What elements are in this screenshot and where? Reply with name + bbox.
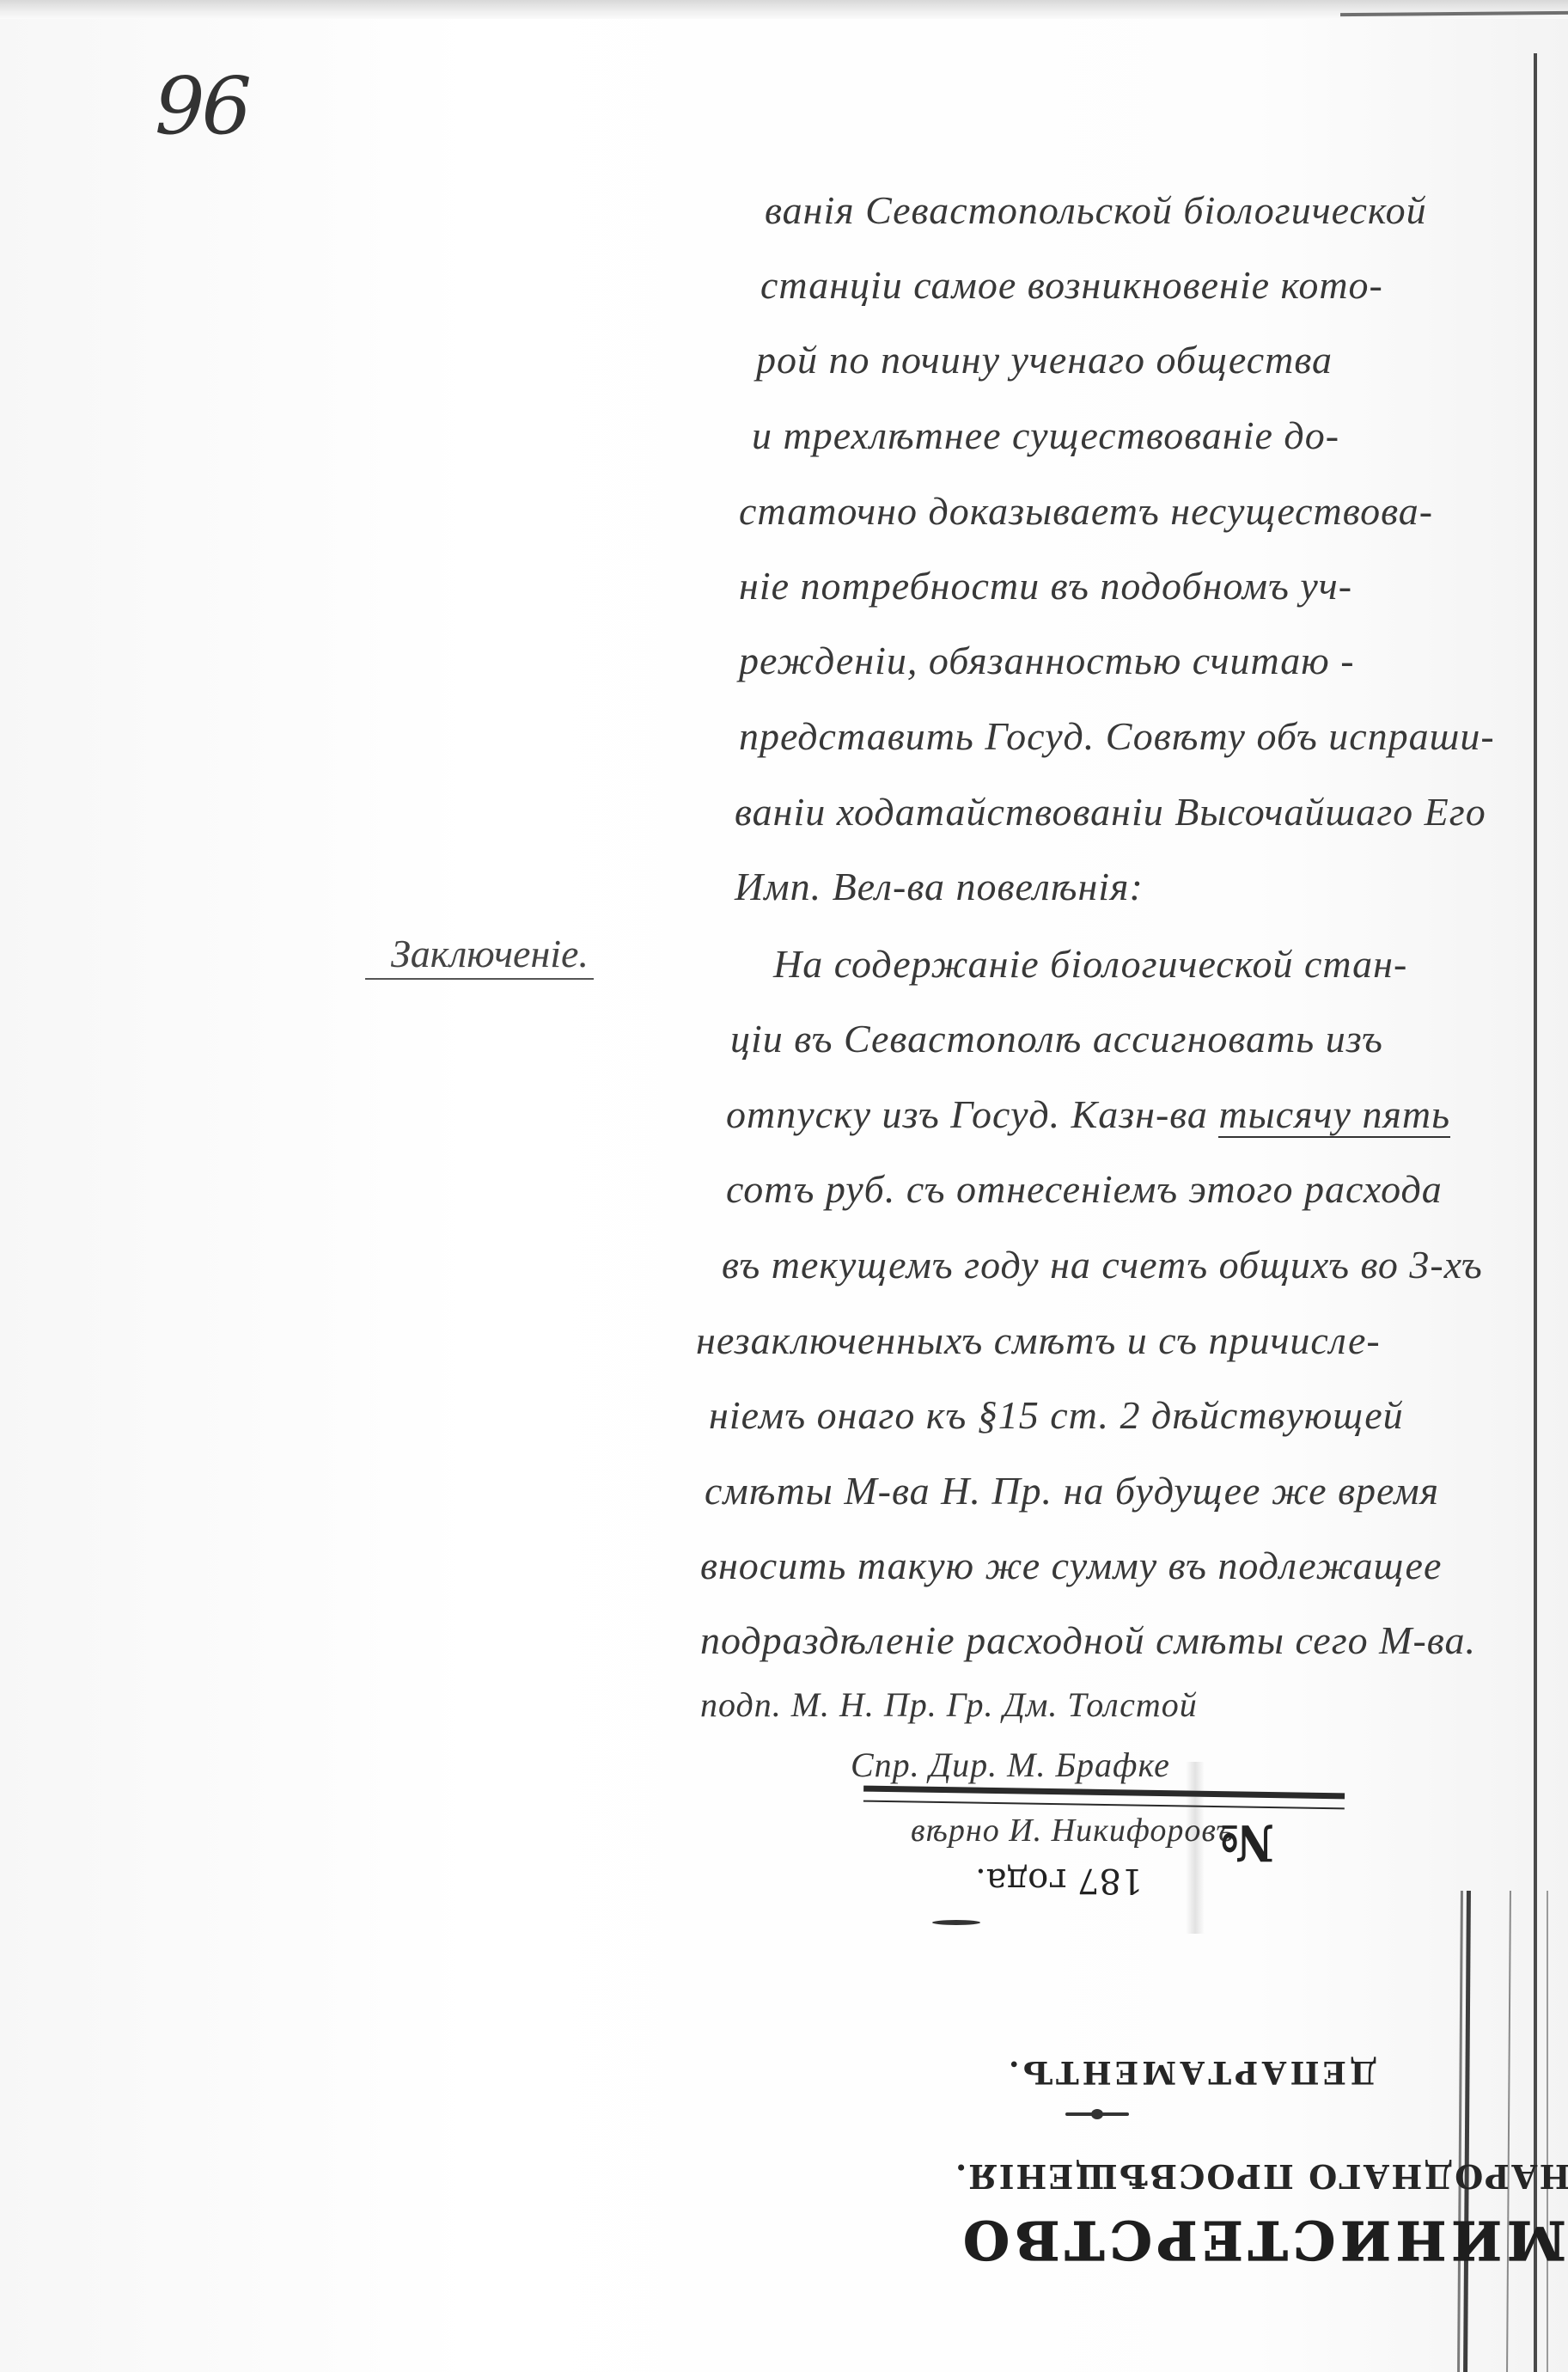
printed-double-rule <box>863 1786 1345 1810</box>
printed-dash <box>932 1920 980 1925</box>
page-edge-line <box>1457 1891 1463 2372</box>
document-page: 96 ванія Севастопольской біологической с… <box>0 0 1568 2372</box>
body-line: статочно доказываетъ несуществова- <box>739 488 1433 534</box>
body-line: режденіи, обязанностью считаю - <box>739 638 1355 683</box>
conclusion-line: подраздѣленіе расходной смѣты сего М-ва. <box>700 1617 1476 1663</box>
conclusion-line: сотъ руб. съ отнесеніемъ этого расхода <box>726 1166 1443 1212</box>
signature-minister: подп. М. Н. Пр. Гр. Дм. Толстой <box>700 1684 1198 1725</box>
letterhead-ministry: МИНИСТЕРСТВО <box>958 2209 1566 2271</box>
underlined-amount: тысячу пять <box>1218 1092 1450 1138</box>
conclusion-line: ціи въ Севастополѣ ассигновать изъ <box>730 1016 1383 1061</box>
conclusion-line: незаключенныхъ смѣтъ и съ причисле- <box>696 1317 1381 1363</box>
body-line: ваніи ходатайствованіи Высочайшаго Его <box>735 789 1486 834</box>
page-edge-line <box>1463 1891 1471 2372</box>
conclusion-line: смѣты М-ва Н. Пр. на будущее же время <box>705 1468 1439 1513</box>
conclusion-line: На содержаніе біологической стан- <box>773 941 1407 987</box>
body-line: представить Госуд. Совѣту объ испраши- <box>739 713 1495 759</box>
signature-director: Спр. Дир. М. Брафке <box>851 1745 1170 1785</box>
conclusion-line: ніемъ онаго къ §15 ст. 2 дѣйствующей <box>709 1392 1404 1438</box>
conclusion-line: вносить такую же сумму въ подлежащее <box>700 1543 1442 1588</box>
body-line: ванія Севастопольской біологической <box>765 187 1427 233</box>
page-stack-top <box>0 0 1568 19</box>
page-edge-line <box>1547 1891 1548 2372</box>
conclusion-text: отпуску изъ Госуд. Казн-ва <box>726 1092 1208 1136</box>
body-line: и трехлѣтнее существованіе до- <box>752 413 1339 458</box>
body-line: Имп. Вел-ва повелѣнія: <box>735 864 1144 909</box>
letterhead-ministry-sub: НАРОДНАГО ПРОСВѢЩЕНІЯ. <box>954 2157 1568 2196</box>
margin-heading-conclusion: Заключеніе. <box>365 931 594 980</box>
letterhead-department: ДЕПАРТАМЕНТЪ. <box>1005 2054 1377 2090</box>
letterhead-ornament <box>1065 2112 1129 2116</box>
conclusion-line: въ текущемъ году на счетъ общихъ во 3-хъ <box>722 1242 1483 1287</box>
letterhead-number-sign: № <box>1220 1813 1274 1872</box>
page-edge-line <box>1506 1891 1511 2372</box>
body-line: ніе потребности въ подобномъ уч- <box>739 563 1352 608</box>
folio-number: 96 <box>155 60 248 152</box>
signature-certified: вѣрно И. Никифоровъ <box>911 1812 1234 1849</box>
body-line: рой по почину ученаго общества <box>756 337 1333 382</box>
letterhead-year: 187 года. <box>975 1861 1143 1900</box>
conclusion-line: отпуску изъ Госуд. Казн-ва тысячу пять <box>726 1091 1450 1137</box>
page-edge-line <box>1534 53 1537 2372</box>
body-line: станціи самое возникновеніе кото- <box>760 262 1383 308</box>
